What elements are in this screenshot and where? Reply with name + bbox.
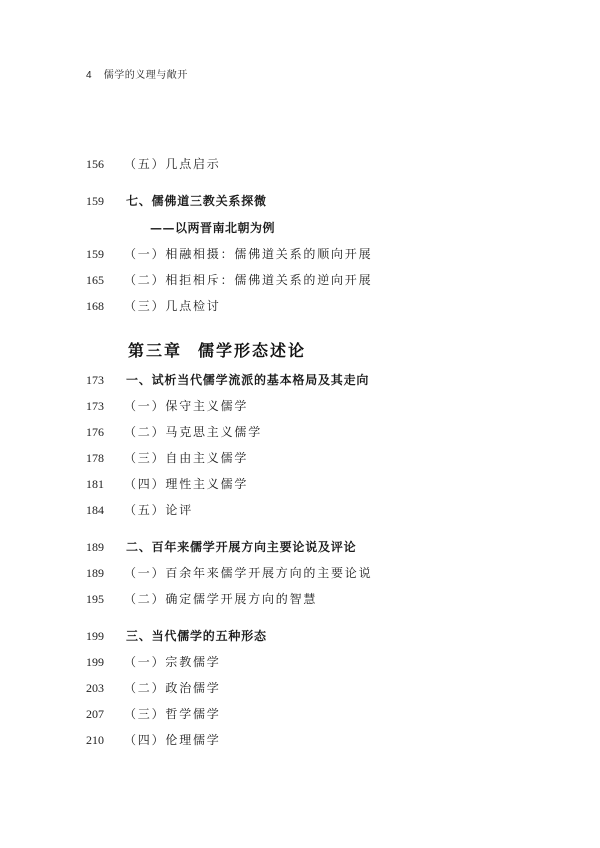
toc-entry-subtitle: ——以两晋南北朝为例 [0,219,600,237]
toc-page-number: 176 [86,423,104,441]
toc-page-number: 159 [86,192,104,210]
toc-entry[interactable]: 184 （五）论评 [0,501,600,519]
toc-page-number: 168 [86,297,104,315]
toc-entry[interactable]: 203 （二）政治儒学 [0,679,600,697]
toc-entry-title: 二、百年来儒学开展方向主要论说及评论 [126,538,356,556]
toc-page-number: 165 [86,271,104,289]
toc-entry-title: （二）确定儒学开展方向的智慧 [124,590,317,608]
chapter-number: 第三章 [128,341,182,360]
toc-entry[interactable]: 199 三、当代儒学的五种形态 [0,627,600,645]
toc-page-number: 173 [86,371,104,389]
toc-entry[interactable]: 159 （一）相融相摄：儒佛道关系的顺向开展 [0,245,600,263]
toc-page-number: 189 [86,564,104,582]
toc-entry-title: （三）几点检讨 [124,297,221,315]
toc-entry-title: （五）几点启示 [124,155,221,173]
toc-entry[interactable]: 159 七、儒佛道三教关系探微 [0,192,600,210]
toc-entry-title: （二）马克思主义儒学 [124,423,262,441]
toc-entry-title: （四）伦理儒学 [124,731,221,749]
toc-entry[interactable]: 181 （四）理性主义儒学 [0,475,600,493]
toc-page-number: 195 [86,590,104,608]
toc-entry[interactable]: 178 （三）自由主义儒学 [0,449,600,467]
header-page-number: 4 [86,70,92,81]
toc-entry[interactable]: 156 （五）几点启示 [0,155,600,173]
toc-entry-title: 三、当代儒学的五种形态 [126,627,267,645]
toc-page-number: 189 [86,538,104,556]
running-header: 4 儒学的义理与敞开 [86,66,188,81]
toc-entry-title: （一）宗教儒学 [124,653,221,671]
toc-entry-title: （二）政治儒学 [124,679,221,697]
header-book-title: 儒学的义理与敞开 [104,70,188,81]
toc-entry-title: （一）保守主义儒学 [124,397,248,415]
toc-entry-title: （三）哲学儒学 [124,705,221,723]
toc-page-number: 199 [86,653,104,671]
toc-entry-subtitle-text: ——以两晋南北朝为例 [150,219,275,237]
toc-page-number: 210 [86,731,104,749]
toc-page-number: 178 [86,449,104,467]
toc-entry[interactable]: 173 一、试析当代儒学流派的基本格局及其走向 [0,371,600,389]
chapter-title: 儒学形态述论 [198,341,306,360]
toc-entry[interactable]: 199 （一）宗教儒学 [0,653,600,671]
toc-entry-title: （二）相拒相斥：儒佛道关系的逆向开展 [124,271,372,289]
toc-entry-title: （三）自由主义儒学 [124,449,248,467]
toc-entry-title: 一、试析当代儒学流派的基本格局及其走向 [126,371,369,389]
toc-page-number: 207 [86,705,104,723]
toc-entry-title: （四）理性主义儒学 [124,475,248,493]
toc-entry[interactable]: 207 （三）哲学儒学 [0,705,600,723]
toc-entry[interactable]: 195 （二）确定儒学开展方向的智慧 [0,590,600,608]
chapter-heading[interactable]: 第三章儒学形态述论 [128,338,306,361]
toc-entry[interactable]: 210 （四）伦理儒学 [0,731,600,749]
toc-entry[interactable]: 165 （二）相拒相斥：儒佛道关系的逆向开展 [0,271,600,289]
toc-page-number: 199 [86,627,104,645]
toc-page-number: 156 [86,155,104,173]
toc-entry[interactable]: 189 （一）百余年来儒学开展方向的主要论说 [0,564,600,582]
toc-entry-title: （一）相融相摄：儒佛道关系的顺向开展 [124,245,372,263]
toc-page-number: 181 [86,475,104,493]
toc-entry[interactable]: 176 （二）马克思主义儒学 [0,423,600,441]
toc-page-number: 203 [86,679,104,697]
toc-page-number: 159 [86,245,104,263]
toc-entry-title: （一）百余年来儒学开展方向的主要论说 [124,564,372,582]
toc-page-number: 184 [86,501,104,519]
toc-entry-title: 七、儒佛道三教关系探微 [126,192,267,210]
toc-entry[interactable]: 168 （三）几点检讨 [0,297,600,315]
toc-entry[interactable]: 173 （一）保守主义儒学 [0,397,600,415]
toc-page-number: 173 [86,397,104,415]
toc-entry-title: （五）论评 [124,501,193,519]
toc-entry[interactable]: 189 二、百年来儒学开展方向主要论说及评论 [0,538,600,556]
